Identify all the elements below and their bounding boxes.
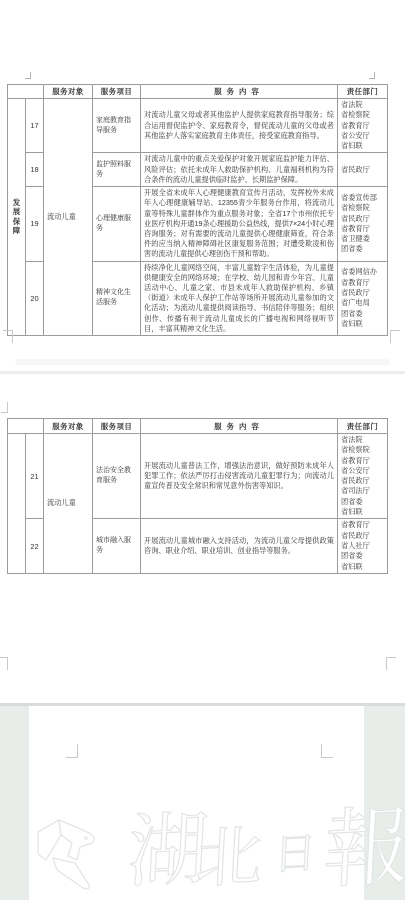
- cut-text-remnant-right: [369, 72, 375, 79]
- row-number-cell: 18: [26, 153, 44, 187]
- row-number-cell: 19: [26, 187, 44, 261]
- service-project-cell: 心理健康服务: [93, 187, 141, 261]
- service-target-cell: 流动儿童: [44, 99, 93, 336]
- header-blank-cell: [8, 85, 44, 99]
- header-department: 责任部门: [338, 419, 388, 434]
- group-label-cell: 发展保障: [8, 99, 26, 336]
- crop-mark-page2-top-left: [1, 402, 8, 413]
- page-separator-1: [0, 371, 405, 374]
- service-project-cell: 法治安全教育服务: [93, 434, 141, 519]
- table-header-row: 服务对象 服务项目 服务内容 责任部门: [8, 85, 388, 99]
- service-target-cell: 流动儿童: [44, 434, 93, 574]
- cut-text-remnant-left: [25, 72, 31, 79]
- services-table-page2: 服务对象 服务项目 服务内容 责任部门 21 流动儿童 法治安全教育服务 开展流…: [7, 418, 388, 574]
- header-service-target: 服务对象: [44, 419, 93, 434]
- page-edge-shadow: [15, 359, 390, 365]
- header-blank-cell: [8, 419, 44, 434]
- header-service-content: 服务内容: [141, 419, 338, 434]
- row-number-cell: 22: [26, 519, 44, 573]
- services-table-page1: 服务对象 服务项目 服务内容 责任部门 发展保障 17 流动儿童 家庭教育指导服…: [7, 84, 388, 336]
- page3-left-margin: [0, 706, 29, 900]
- header-service-project: 服务项目: [93, 419, 141, 434]
- crop-mark-page2-bottom-left: [0, 657, 8, 670]
- service-content-cell: 开展全省未成年人心理健康教育宣传月活动，发挥校外未成年人心理健康辅导站、1235…: [141, 187, 338, 261]
- departments-cell: 省委宣传部 省检察院 省民政厅 省教育厅 省卫健委 团省委: [338, 187, 388, 261]
- article-screenshot: { "headers": { "target": "服务对象", "projec…: [0, 0, 405, 900]
- watermark-char-bei: 北: [194, 824, 264, 893]
- service-content-cell: 持续净化儿童网络空间，丰富儿童数字生活体验，为儿童提供健康安全的网络环境；在学校…: [141, 261, 338, 335]
- service-project-cell: 城市融入服务: [93, 519, 141, 573]
- service-content-cell: 开展流动儿童普法工作，增强法治意识，做好预防未成年人犯罪工作；依法严厉打击侵害流…: [141, 434, 338, 519]
- page-separator-2: [0, 703, 405, 706]
- header-service-target: 服务对象: [44, 85, 93, 99]
- departments-cell: 省法院 省检察院 省教育厅 省公安厅 省民政厅 省司法厅 团省委 省妇联: [338, 434, 388, 519]
- crop-mark-page3-top-right: [321, 744, 333, 758]
- crop-mark-page3-top-left: [66, 744, 78, 758]
- table-row-21: 21 流动儿童 法治安全教育服务 开展流动儿童普法工作，增强法治意识，做好预防未…: [8, 434, 388, 519]
- crop-mark-page1-bottom-right: [390, 330, 400, 343]
- header-department: 责任部门: [338, 85, 388, 99]
- watermark-char-bao: 報: [322, 804, 405, 894]
- service-project-cell: 监护照料服务: [93, 153, 141, 187]
- departments-cell: 省教育厅 省民政厅 省人社厅 团省委 省妇联: [338, 519, 388, 573]
- watermark-char-ri: 日: [273, 833, 317, 877]
- row-number-cell: 21: [26, 434, 44, 519]
- group-label-cell: [8, 434, 26, 574]
- service-content-cell: 开展流动儿童城市融入支持活动，为流动儿童父母提供政策咨询、职业介绍、职业培训、创…: [141, 519, 338, 573]
- header-service-project: 服务项目: [93, 85, 141, 99]
- row-number-cell: 20: [26, 261, 44, 335]
- row-number-cell: 17: [26, 99, 44, 153]
- departments-cell: 省委网信办 省教育厅 省民政厅 省广电局 团省委 省妇联: [338, 261, 388, 335]
- hubei-daily-logo-icon: [34, 816, 102, 894]
- service-content-cell: 对流动儿童中的重点关爱保护对象开展家庭监护能力评估、风险评估；依托未成年人救助保…: [141, 153, 338, 187]
- departments-cell: 省法院 省检察院 省教育厅 省公安厅 省妇联: [338, 99, 388, 153]
- crop-mark-page2-bottom-right: [386, 657, 396, 670]
- header-service-content: 服务内容: [141, 85, 338, 99]
- service-project-cell: 家庭教育指导服务: [93, 99, 141, 153]
- table-header-row: 服务对象 服务项目 服务内容 责任部门: [8, 419, 388, 434]
- departments-cell: 省民政厅: [338, 153, 388, 187]
- crop-mark-page1-bottom-left: [3, 330, 13, 343]
- service-content-cell: 对流动儿童父母或者其他监护人提供家庭教育指导服务；综合运用督促监护令、家庭教育令…: [141, 99, 338, 153]
- table-row-17: 发展保障 17 流动儿童 家庭教育指导服务 对流动儿童父母或者其他监护人提供家庭…: [8, 99, 388, 153]
- service-project-cell: 精神文化生活服务: [93, 261, 141, 335]
